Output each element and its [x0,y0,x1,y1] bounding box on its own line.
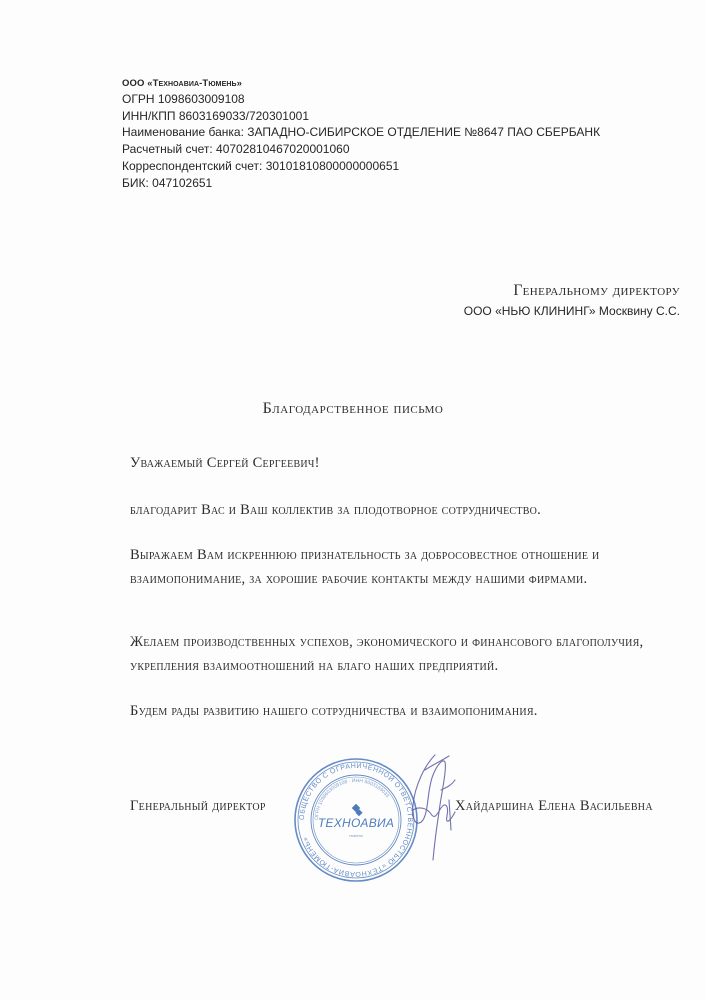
bank-name: Наименование банка: ЗАПАДНО-СИБИРСКОЕ ОТ… [122,124,600,141]
signatory-position: Генеральный директор [130,798,266,815]
letter-title: Благодарственное письмо [0,400,706,418]
paragraph-2: Выражаем Вам искреннюю признательность з… [130,544,685,591]
svg-text:ОГРН 1098603009108 · ИНН 86031: ОГРН 1098603009108 · ИНН 8603169033 [314,778,390,820]
ogrn: ОГРН 1098603009108 [122,91,600,108]
addressee-organization: ООО «НЬЮ КЛИНИНГ» Москвину С.С. [464,302,680,320]
svg-text:ТЕХНОАВИА: ТЕХНОАВИА [318,816,394,830]
company-name: ООО «Техноавиа-Тюмень» [122,76,600,91]
signatory-name: Хайдаршина Елена Васильевна [455,798,653,815]
paragraph-1: благодарит Вас и Ваш коллектив за плодот… [130,502,690,519]
addressee-block: Генеральному директору ООО «НЬЮ КЛИНИНГ»… [464,280,680,320]
paragraph-4: Будем рады развитию нашего сотрудничеств… [130,703,690,720]
bik: БИК: 047102651 [122,175,600,192]
inn-kpp: ИНН/КПП 8603169033/720301001 [122,108,600,125]
company-stamp-icon: ОБЩЕСТВО С ОГРАНИЧЕННОЙ ОТВЕТСТВЕННОСТЬЮ… [293,757,419,883]
settlement-account: Расчетный счет: 40702810467020001060 [122,141,600,158]
handwritten-signature-icon [405,750,465,865]
letter-page: ООО «Техноавиа-Тюмень» ОГРН 109860300910… [0,0,706,1000]
svg-text:тюмень: тюмень [349,833,363,838]
paragraph-3: Желаем производственных успехов, экономи… [130,631,690,678]
addressee-position: Генеральному директору [464,280,680,302]
company-requisites: ООО «Техноавиа-Тюмень» ОГРН 109860300910… [122,76,600,191]
correspondent-account: Корреспондентский счет: 3010181080000000… [122,158,600,175]
greeting: Уважаемый Сергей Сергеевич! [130,455,690,472]
